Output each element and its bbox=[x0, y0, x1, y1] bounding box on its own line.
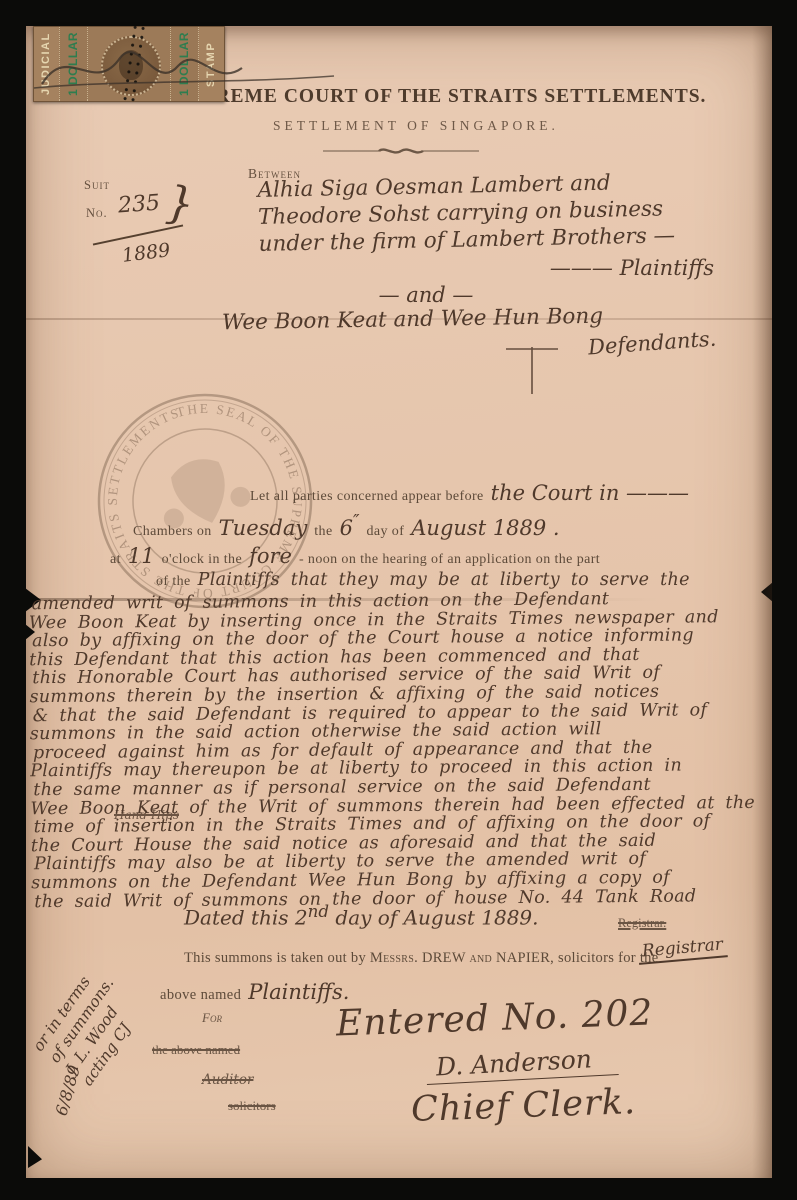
plaintiff-names: Alhia Siga Oesman Lambert andTheodore So… bbox=[257, 167, 729, 258]
drew-name: DREW bbox=[418, 950, 469, 966]
stamp-denomination-right: 1 DOLLAR bbox=[170, 27, 199, 101]
dated-ordinal: nd bbox=[308, 902, 329, 921]
handwritten-body: amended writ of summons in this action o… bbox=[29, 589, 772, 912]
and-separator: — and — bbox=[276, 283, 576, 307]
napier-solicitors-text: NAPIER, solicitors for the bbox=[492, 950, 658, 966]
pen-t-mark bbox=[502, 344, 562, 396]
suit-number-handwritten: 235 bbox=[117, 191, 161, 219]
the-label: the bbox=[314, 524, 332, 540]
plaintiffs-handwritten: Plaintiffs. bbox=[248, 980, 349, 1004]
defendant-names: Wee Boon Keat and Wee Hun Bong bbox=[222, 304, 603, 336]
judicial-revenue-stamp: JUDICIAL 1 DOLLAR 1 DOLLAR STAMP bbox=[33, 26, 225, 102]
order-line-3: at 11 o'clock in the fore - noon on the … bbox=[110, 544, 600, 568]
order-line1-handwritten: the Court in ——— bbox=[491, 481, 689, 505]
suit-number-block: Suit No. 235 } 1889 bbox=[84, 176, 224, 194]
plaintiff-designation: ——— Plaintiffs bbox=[66, 256, 714, 280]
order-line-2: Chambers on Tuesday the 6″ day of August… bbox=[133, 512, 560, 540]
scanned-document-photo: JUDICIAL 1 DOLLAR 1 DOLLAR STAMP THE SUP… bbox=[0, 0, 797, 1200]
of-the-label: of the bbox=[156, 574, 191, 590]
stamp-judicial-label: JUDICIAL bbox=[34, 27, 59, 101]
stamp-portrait-medallion bbox=[88, 27, 170, 101]
stamp-stamp-label: STAMP bbox=[199, 27, 224, 101]
order-line1-printed: Let all parties concerned appear before bbox=[250, 489, 484, 505]
day-of-label: day of bbox=[366, 524, 404, 540]
registrar-printed-struck: Registrar. bbox=[618, 916, 666, 931]
oclock-label: o'clock in the bbox=[162, 552, 242, 568]
interlinear-struck-out: Hand Hips bbox=[114, 808, 179, 822]
messrs-label: Messrs. bbox=[370, 950, 418, 966]
document-paper: JUDICIAL 1 DOLLAR 1 DOLLAR STAMP THE SUP… bbox=[26, 26, 772, 1178]
at-label: at bbox=[110, 552, 121, 568]
suit-no-label: No. bbox=[86, 206, 108, 221]
forenoon-handwritten: fore bbox=[249, 544, 292, 568]
settlement-subtitle: SETTLEMENT OF SINGAPORE. bbox=[86, 118, 746, 134]
order-line-4: of the Plaintiffs that they may be at li… bbox=[156, 570, 690, 590]
entered-number-handwritten: Entered No. 202 bbox=[335, 992, 654, 1044]
order-line-1: Let all parties concerned appear before … bbox=[250, 481, 689, 505]
hearing-month-handwritten: August 1889 . bbox=[411, 516, 559, 540]
margin-note-lines: or in termsof summons.J. L. Woodacting C… bbox=[28, 962, 151, 1089]
summons-taken-out-line: This summons is taken out by Messrs. DRE… bbox=[184, 950, 658, 967]
hearing-day-handwritten: Tuesday bbox=[219, 516, 308, 540]
body-first-line-handwritten: Plaintiffs that they may be at liberty t… bbox=[198, 570, 690, 590]
and-smallcaps: and bbox=[470, 950, 493, 966]
suit-label: Suit bbox=[84, 178, 110, 192]
chambers-on-label: Chambers on bbox=[133, 524, 212, 540]
defendant-designation: Defendants. bbox=[587, 327, 717, 360]
suit-brace: } bbox=[163, 177, 196, 231]
dated-line: Dated this 2nd day of August 1889. bbox=[184, 902, 539, 930]
hearing-date-handwritten: 6″ bbox=[340, 512, 360, 540]
date-suffix: ″ bbox=[353, 512, 360, 532]
stamp-denomination-left: 1 DOLLAR bbox=[59, 27, 88, 101]
chief-clerk-title: Chief Clerk. bbox=[410, 1082, 636, 1130]
struck-solicitors: solicitors bbox=[228, 1098, 276, 1114]
edge-tear-bottom bbox=[28, 1146, 42, 1168]
divider-ornament bbox=[321, 144, 481, 158]
hearing-hour-handwritten: 11 bbox=[128, 544, 155, 568]
margin-note-block: or in termsof summons.J. L. Woodacting C… bbox=[22, 956, 222, 1116]
noon-hearing-label: - noon on the hearing of an application … bbox=[299, 552, 600, 568]
chief-clerk-signature: D. Anderson bbox=[425, 1043, 618, 1085]
